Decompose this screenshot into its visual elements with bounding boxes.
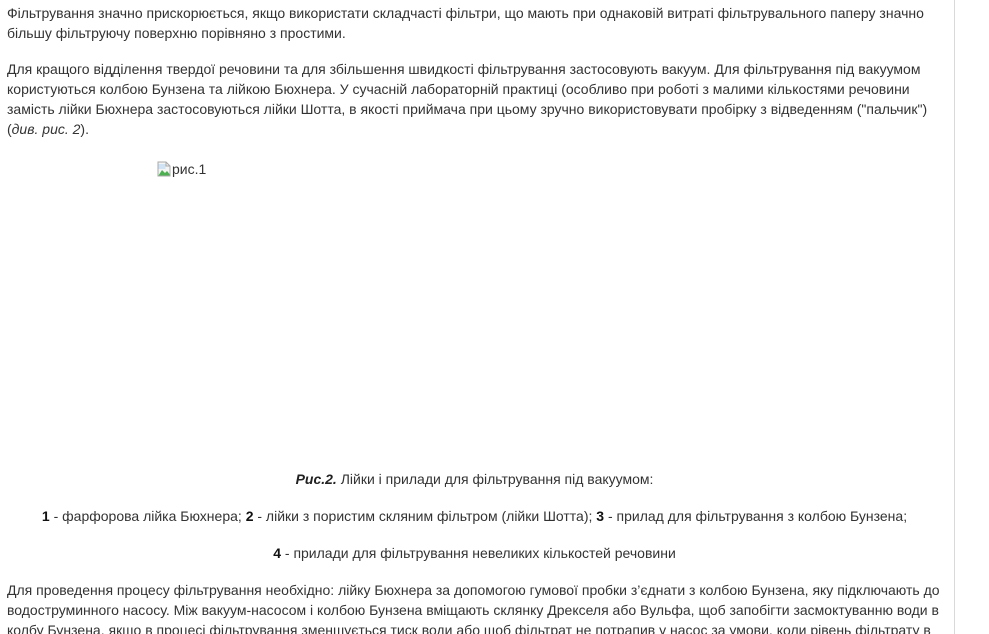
figure-caption-text: Лійки і прилади для фільтрування під вак… xyxy=(337,471,654,487)
paragraph-text-end: ). xyxy=(80,121,89,137)
paragraph-filtration-procedure: Для проведення процесу фільтрування необ… xyxy=(7,580,942,634)
legend-text: - фарфорова лійка Бюхнера; xyxy=(50,508,246,524)
legend-number: 3 xyxy=(596,508,604,524)
legend-number: 4 xyxy=(273,545,281,561)
figure-area: рис.1 xyxy=(7,139,942,469)
figure-image: рис.1 xyxy=(157,161,206,177)
figure-legend-line-1: 1 - фарфорова лійка Бюхнера; 2 - лійки з… xyxy=(7,506,942,526)
paragraph-vacuum-filtration: Для кращого відділення твердої речовини … xyxy=(7,59,942,139)
legend-text: - лійки з пористим скляним фільтром (лій… xyxy=(253,508,596,524)
paragraph-text: Для кращого відділення твердої речовини … xyxy=(7,61,927,137)
legend-text: - прилади для фільтрування невеликих кіл… xyxy=(281,545,676,561)
article-content: Фільтрування значно прискорюється, якщо … xyxy=(7,3,942,634)
image-alt-text: рис.1 xyxy=(172,161,206,177)
paragraph-folded-filters: Фільтрування значно прискорюється, якщо … xyxy=(7,3,942,43)
figure-caption: Рис.2. Лійки і прилади для фільтрування … xyxy=(7,469,942,489)
content-right-border xyxy=(954,0,955,634)
legend-text: - прилад для фільтрування з колбою Бунзе… xyxy=(604,508,907,524)
figure-legend-line-2: 4 - прилади для фільтрування невеликих к… xyxy=(7,543,942,563)
broken-image-icon xyxy=(157,161,171,177)
figure-reference: див. рис. 2 xyxy=(12,121,81,137)
legend-number: 1 xyxy=(42,508,50,524)
figure-caption-label: Рис.2. xyxy=(296,471,337,487)
